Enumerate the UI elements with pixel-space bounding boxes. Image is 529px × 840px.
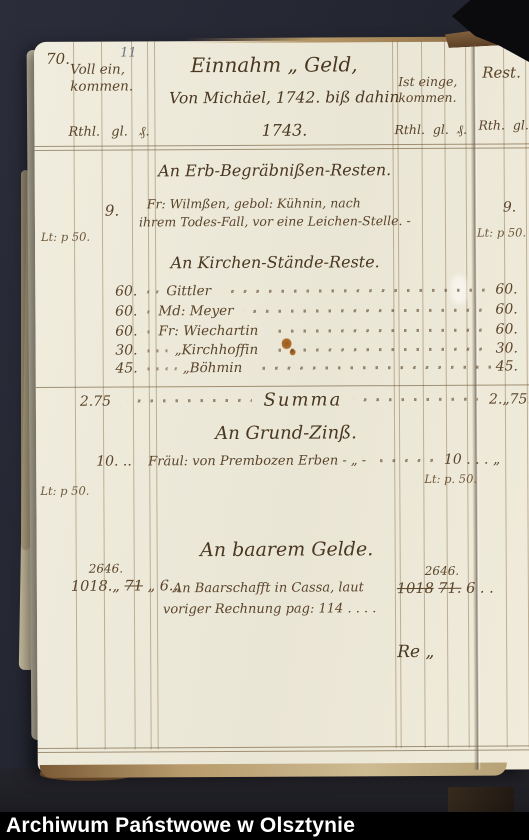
amount-pfennig: 6 . . [466,581,494,597]
column-header-line: Voll ein, [70,61,133,78]
currency-header-middle: Rthl. gl. ₰. [394,122,467,138]
corrected-amount-superscript: 2646. [425,564,459,578]
ledger-row: 60. Fr: Wiechartin 60. [99,321,529,339]
page-title-line2: Von Michäel, 1742. biß dahin [144,88,424,107]
dot-leader [128,399,252,403]
reference-note: Lt: p. 50. [424,472,477,486]
rule-line [38,749,529,753]
book-board-corner [448,787,514,814]
amount-rest: 60. [495,321,529,337]
page-bottom-edge [40,763,507,778]
dot-leader [140,310,154,313]
entry-text-line: An Baarschafft in Cassa, laut [173,580,364,596]
dot-leader [252,365,491,369]
column-header-line: kommen. [70,78,133,95]
ledger-row: 45. „Böhmin 45. [100,358,529,376]
entry-text-line: voriger Rechnung pag: 114 . . . . [163,601,376,617]
debtor-name: „Kirchhoffin [175,342,265,358]
currency-header-left: Rthl. gl. ₰. [68,123,149,139]
rule-line [38,745,529,749]
ledger-page: 70. 11 Voll ein, kommen. Einnahm „ Geld,… [34,39,529,772]
dot-leader [140,290,162,293]
rule-line [35,147,529,151]
amount-middle: 10 . . . „ [438,452,500,468]
page-title-line1: Einnahm „ Geld, [154,52,394,77]
entry-text-line: Fr: Wilmßen, gebol: Kühnin, nach [147,195,361,211]
amount-rest: 60. [495,301,529,317]
dot-leader [221,288,491,292]
rule-line [36,384,529,388]
amount-left: 1018.„ 71 „ 6.„ [71,578,181,595]
archive-name: Archiwum Państwowe w Olsztynie [0,812,529,839]
amount-rest: 9. [503,199,516,215]
section-heading-baares-geld: An baarem Gelde. [167,538,407,561]
ledger-row: 60. Gittler 60. [99,281,529,299]
amount-left: 9. [105,202,119,220]
summa-amount-left: 2.75 [80,393,124,409]
archival-photo: { "footer": { "label": "Archiwum Państwo… [0,0,529,840]
debtor-name: Gittler [166,283,217,299]
currency-header-rest: Rth. gl. ₰ [478,117,529,133]
entry-text-line: Fräul: von Prembozen Erben - „ - [148,453,366,469]
dot-leader [141,349,171,352]
corrected-amount-superscript: 2646. [89,562,123,576]
amount-left: 30. [100,342,141,358]
ledger-row: 30. „Kirchhoffin 30. [100,340,529,358]
dot-leader [244,308,492,312]
pencil-foliation: 11 [120,45,137,60]
summa-amount-rest: 2.„75. [482,391,529,407]
summa-label: Summa [255,389,350,410]
amount-rthl: 1018.„ [71,579,120,595]
reference-note: Lt: p 50. [41,230,90,244]
section-heading-kirchen-staende: An Kirchen-Stände-Reste. [145,252,405,272]
column-header-line: Ist einge, [398,74,457,90]
page-title-line3: 1743. [224,120,344,140]
debtor-name: Fr: Wiechartin [158,323,264,340]
dot-leader [354,398,478,402]
reference-note: Lt: p 50. [40,484,89,498]
dot-leader [141,367,179,370]
section-heading-erb-begraebnisse: An Erb-Begräbnißen-Resten. [145,160,405,180]
debtor-name: „Böhmin [183,360,249,376]
column-header-ist-eingekommen: Ist einge, kommen. [398,74,457,106]
section-heading-grund-zins: An Grund-Zinß. [176,422,396,444]
column-header-voll-einkommen: Voll ein, kommen. [70,61,133,95]
custos-mark: Re „ [397,642,434,662]
folio-number: 70. [46,50,70,68]
ledger-row: 60. Md: Meyer 60. [99,301,529,319]
entry-text-line: ihrem Todes-Fall, vor eine Leichen-Stell… [139,213,411,229]
amount-left: 60. [99,283,140,299]
amount-rest: 45. [496,358,529,374]
dot-leader [268,347,491,351]
dot-leader [268,328,491,332]
rule-line [35,143,529,147]
amount-left: 10. .. [96,453,148,469]
ledger-row: 10. .. Fräul: von Prembozen Erben - „ - … [96,452,500,470]
amount-left: 60. [99,323,140,339]
amount-rthl: 1018 [397,581,434,597]
dot-leader [370,458,434,461]
archive-caption-bar: Archiwum Państwowe w Olsztynie [0,812,529,840]
column-header-line: kommen. [398,90,457,106]
amount-struck: 71. [438,581,461,597]
reference-note: Lt: p 50. [477,225,526,239]
rule-line [73,42,78,750]
amount-left: 45. [100,360,141,376]
amount-rest: 60. [495,281,529,297]
amount-left: 60. [99,303,140,319]
debtor-name: Md: Meyer [158,303,239,319]
amount-middle: 1018 71. 6 . . [397,581,494,598]
column-header-rest: Rest. [482,63,521,81]
dot-leader [141,330,155,333]
amount-struck: 71 [124,578,143,594]
amount-rest: 30. [496,340,529,356]
summa-row: 2.75 Summa 2.„75. [80,388,529,411]
